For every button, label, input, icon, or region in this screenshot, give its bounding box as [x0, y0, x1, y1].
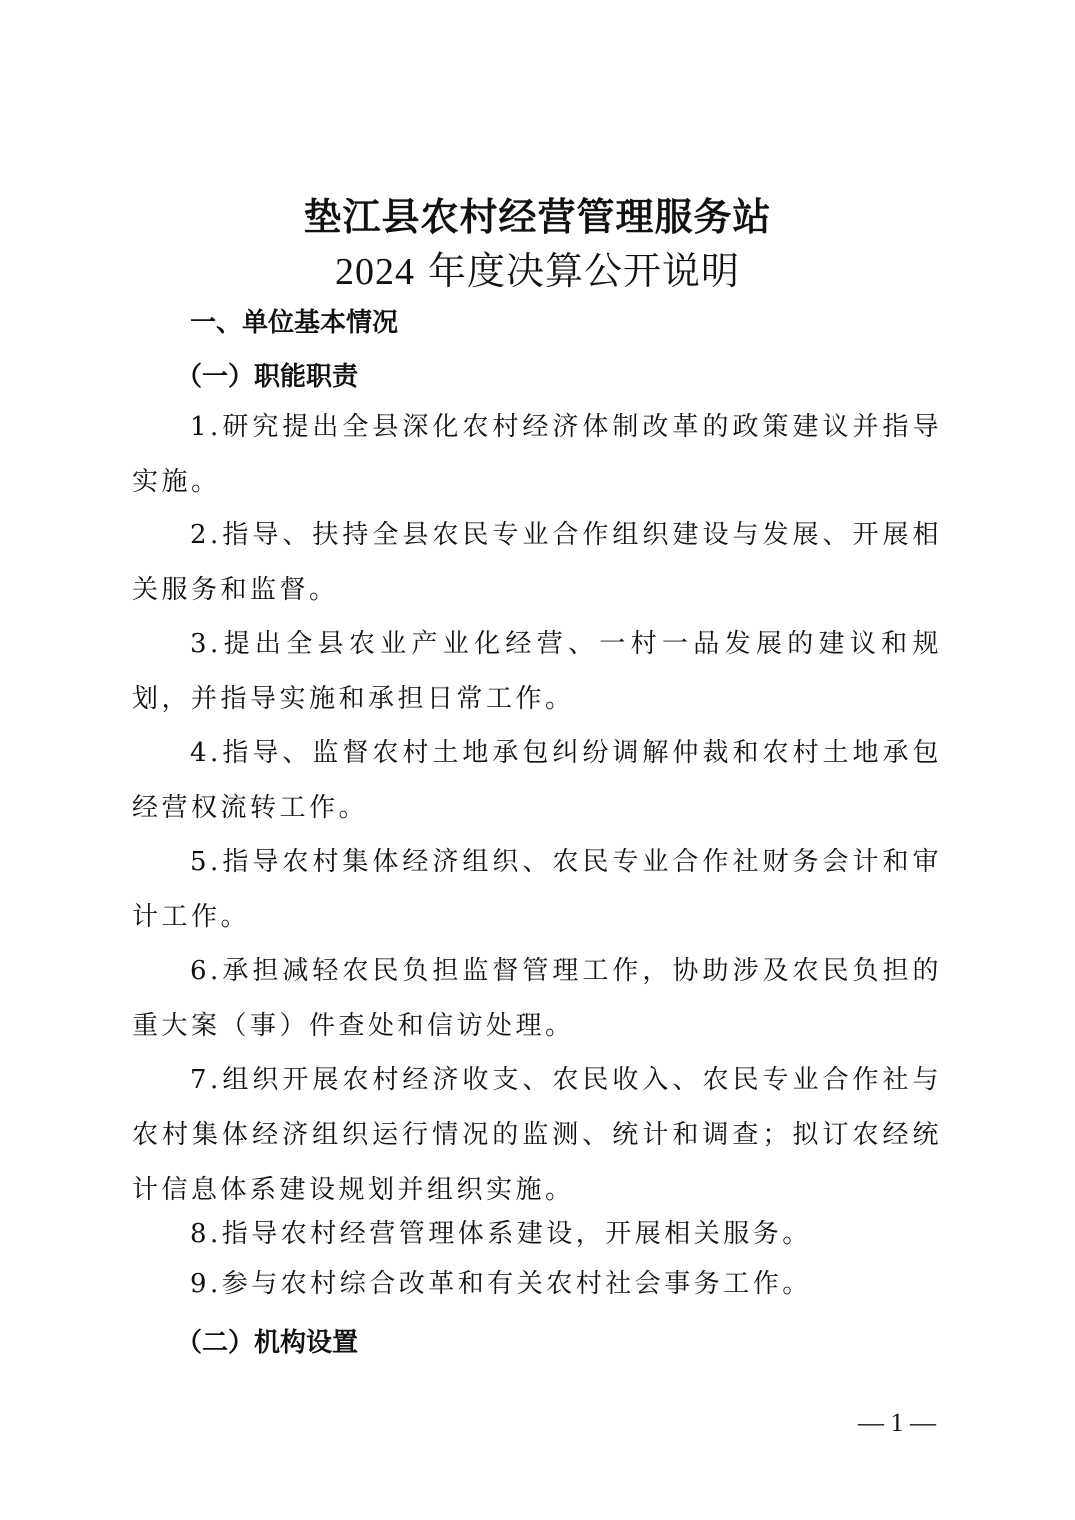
duty-item-5: 5.指导农村集体经济组织、农民专业合作社财务会计和审计工作。	[132, 835, 942, 945]
title-rest: 年度决算公开说明	[415, 249, 740, 293]
duty-item-8: 8.指导农村经营管理体系建设，开展相关服务。	[132, 1207, 942, 1262]
subsection-heading-organization: （二）机构设置	[176, 1322, 358, 1359]
duty-item-3: 3.提出全县农业产业化经营、一村一品发展的建议和规划，并指导实施和承担日常工作。	[132, 617, 942, 727]
title-year: 2024	[335, 251, 415, 293]
page-number: — 1 —	[858, 1408, 936, 1438]
duty-item-1: 1.研究提出全县深化农村经济体制改革的政策建议并指导实施。	[132, 400, 942, 510]
duty-item-2: 2.指导、扶持全县农民专业合作组织建设与发展、开展相关服务和监督。	[132, 508, 942, 618]
section-heading-basic-info: 一、单位基本情况	[190, 302, 398, 339]
document-title-line2: 2024 年度决算公开说明	[0, 240, 1075, 295]
duty-item-9: 9.参与农村综合改革和有关农村社会事务工作。	[132, 1257, 942, 1312]
duty-item-6: 6.承担减轻农民负担监督管理工作，协助涉及农民负担的重大案（事）件查处和信访处理…	[132, 944, 942, 1054]
subsection-heading-duties: （一）职能职责	[176, 356, 358, 393]
document-title-line1: 垫江县农村经营管理服务站	[0, 186, 1075, 241]
duty-item-7: 7.组织开展农村经济收支、农民收入、农民专业合作社与农村集体经济组织运行情况的监…	[132, 1053, 942, 1218]
duty-item-4: 4.指导、监督农村土地承包纠纷调解仲裁和农村土地承包经营权流转工作。	[132, 726, 942, 836]
